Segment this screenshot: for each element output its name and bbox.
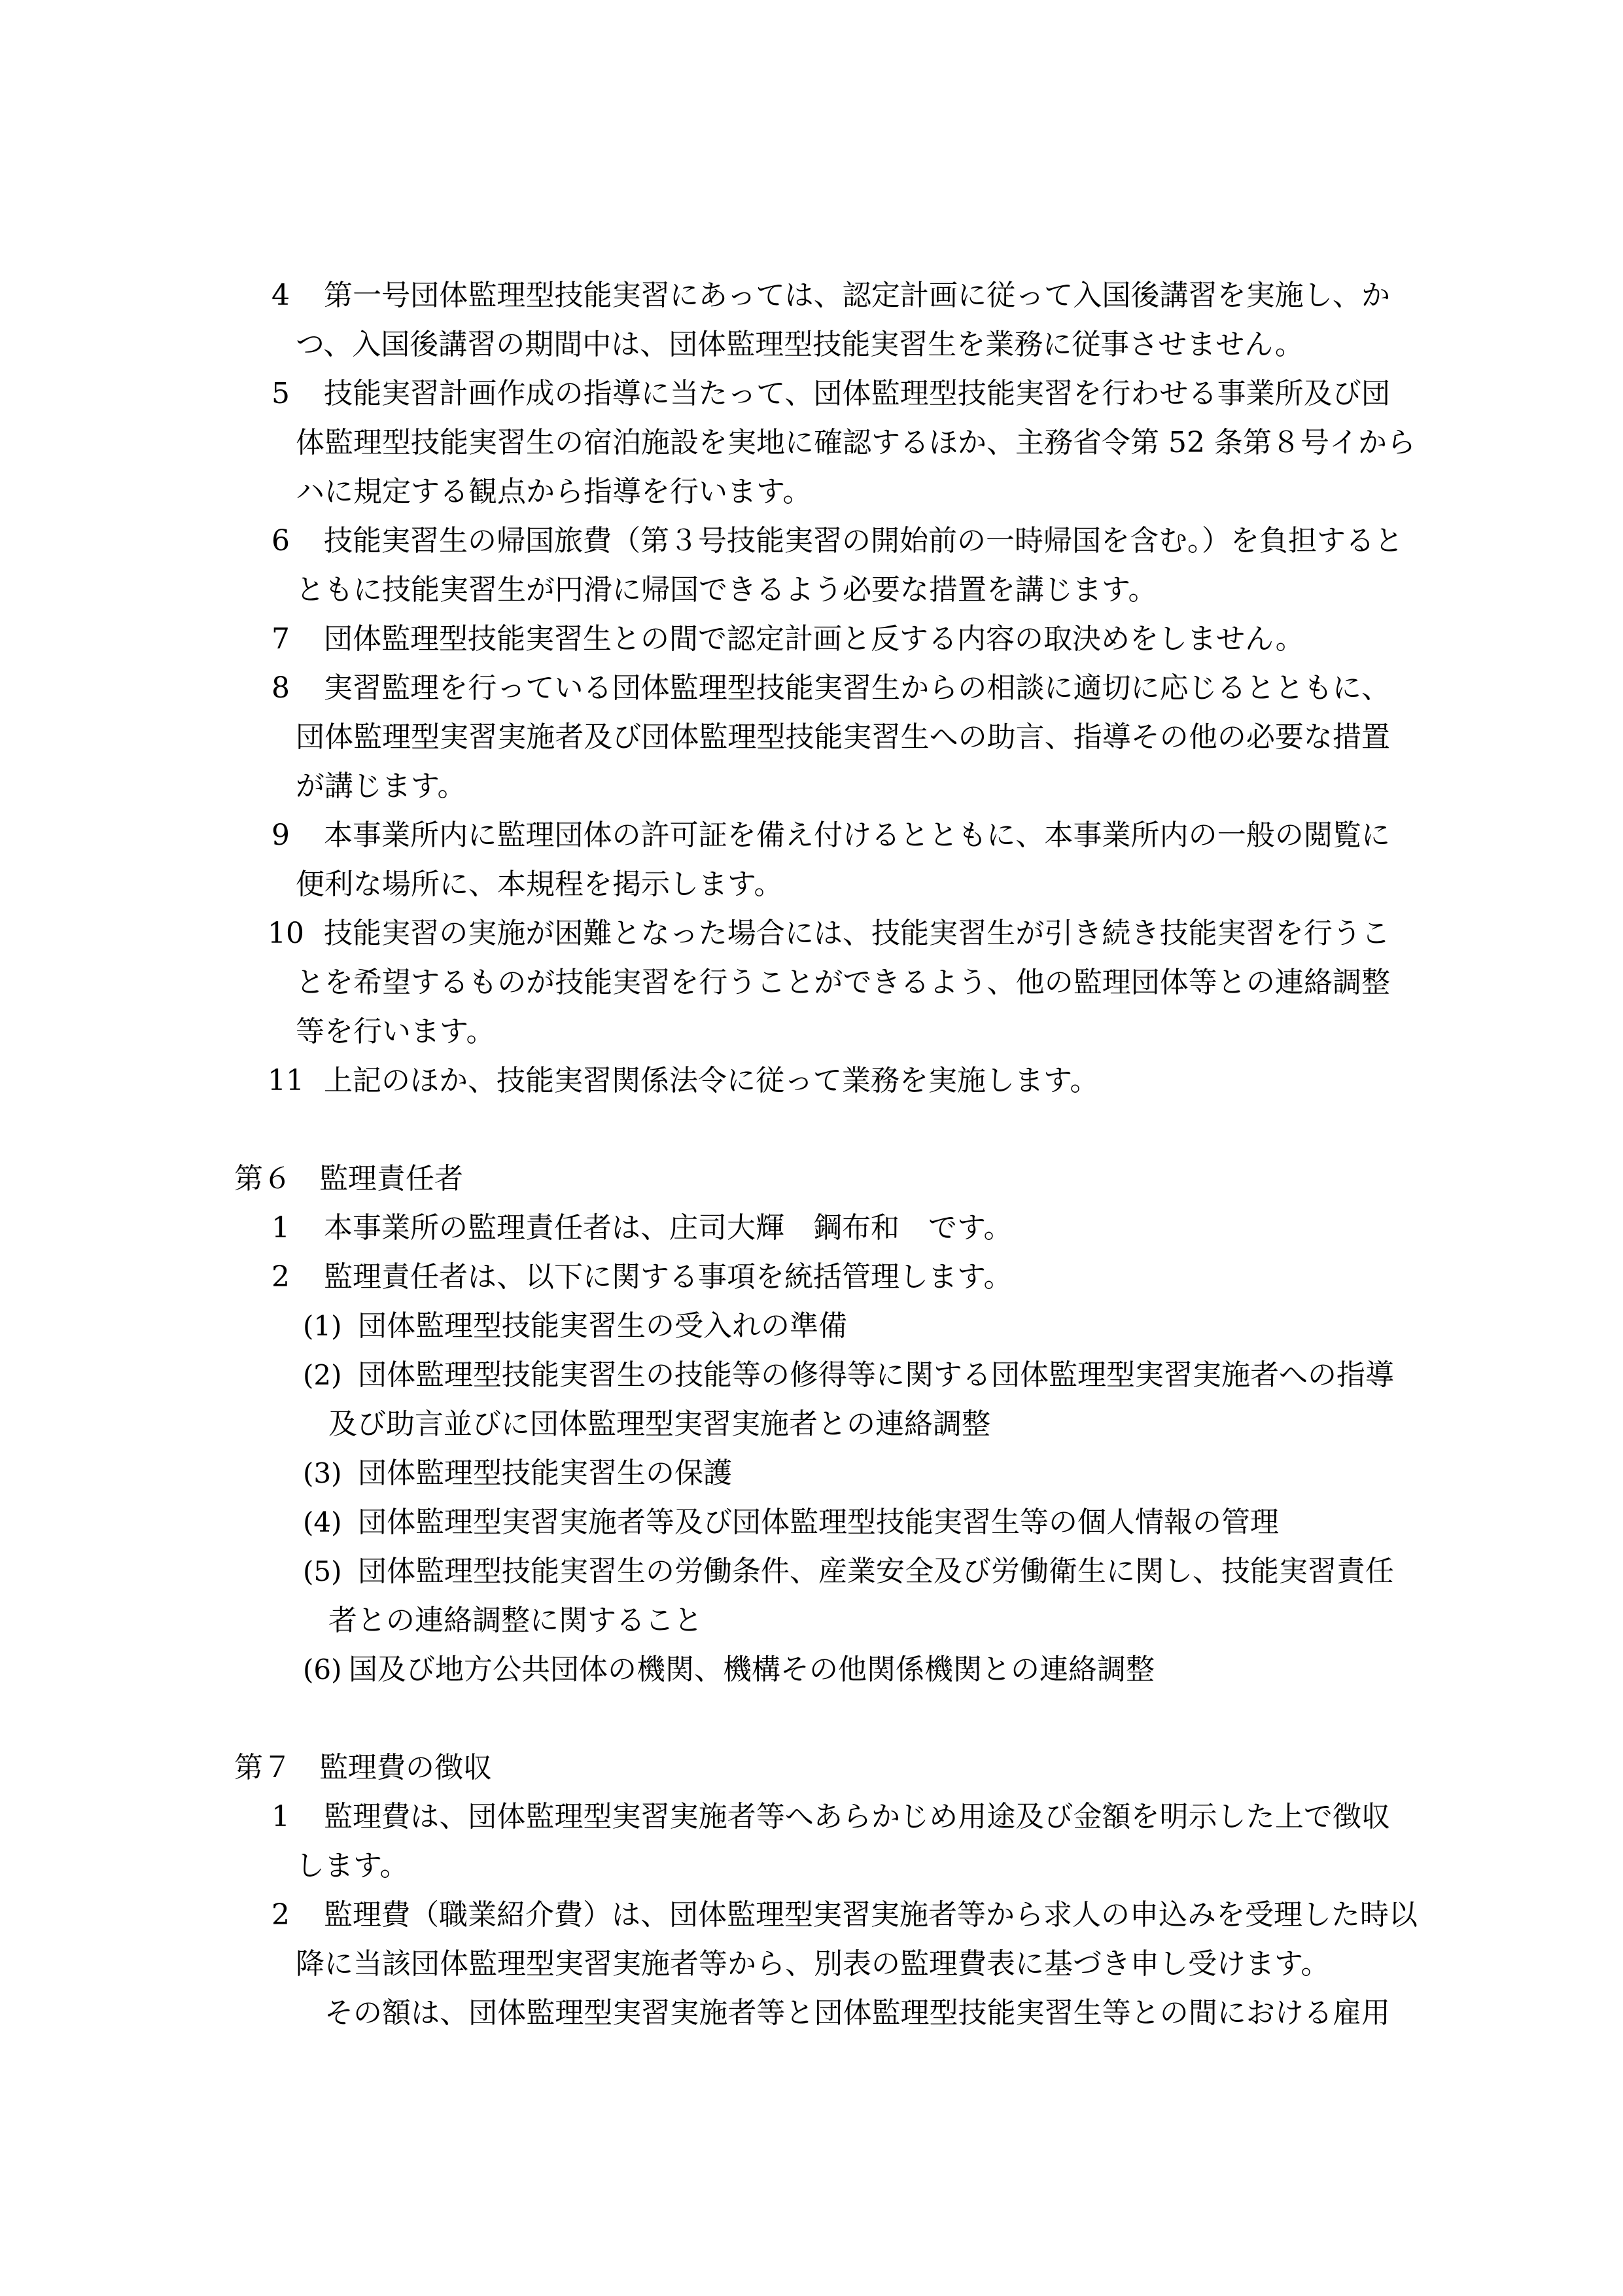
- item-text-line: 技能実習計画作成の指導に当たって、団体監理型技能実習を行わせる事業所及び団: [324, 369, 1390, 418]
- item-text-line: 本事業所内に監理団体の許可証を備え付けるとともに、本事業所内の一般の閲覧に: [324, 811, 1390, 860]
- subitem-label: (6): [303, 1645, 342, 1694]
- subitem-text-line: 及び助言並びに団体監理型実習実施者との連絡調整: [328, 1400, 990, 1449]
- item-text-line: 団体監理型実習実施者及び団体監理型技能実習生への助言、指導その他の必要な措置: [296, 713, 1390, 762]
- item-text-line: 上記のほか、技能実習関係法令に従って業務を実施します。: [324, 1056, 1098, 1105]
- document-page: 4 第一号団体監理型技能実習にあっては、認定計画に従って入国後講習を実施し、か …: [0, 0, 1623, 2296]
- item-number: 2: [271, 1252, 290, 1301]
- item-text-line: 降に当該団体監理型実習実施者等から、別表の監理費表に基づき申し受けます。: [296, 1939, 1329, 1988]
- subitem-text-line: 者との連絡調整に関すること: [328, 1596, 703, 1645]
- item-number: 11: [268, 1056, 304, 1105]
- section-heading-number: 第６: [234, 1154, 292, 1203]
- item-number: 9: [271, 811, 290, 860]
- item-text-line: 実習監理を行っている団体監理型技能実習生からの相談に適切に応じるとともに、: [324, 663, 1390, 713]
- item-text-line: とを希望するものが技能実習を行うことができるよう、他の監理団体等との連絡調整: [296, 958, 1390, 1007]
- item-text-line: 監理費は、団体監理型実習実施者等へあらかじめ用途及び金額を明示した上で徴収: [324, 1792, 1390, 1841]
- item-text-line: 技能実習生の帰国旅費（第３号技能実習の開始前の一時帰国を含む。）を負担すると: [324, 516, 1390, 565]
- item-text-line: 等を行います。: [296, 1007, 495, 1056]
- subitem-text-line: 団体監理型技能実習生の技能等の修得等に関する団体監理型実習実施者への指導: [358, 1351, 1390, 1400]
- paragraph-text-line: その額は、団体監理型実習実施者等と団体監理型技能実習生等との間における雇用: [324, 1988, 1390, 2038]
- item-text-line: ハに規定する観点から指導を行います。: [296, 467, 811, 516]
- item-text-line: します。: [296, 1841, 408, 1890]
- item-text-line: 団体監理型技能実習生との間で認定計画と反する内容の取決めをしません。: [324, 614, 1304, 663]
- subitem-text-line: 団体監理型技能実習生の労働条件、産業安全及び労働衛生に関し、技能実習責任: [358, 1547, 1390, 1596]
- subitem-label: (2): [303, 1351, 342, 1400]
- item-number: 1: [271, 1792, 290, 1841]
- section-heading-number: 第７: [234, 1743, 292, 1792]
- item-number: 8: [271, 663, 290, 713]
- subitem-label: (5): [303, 1547, 342, 1596]
- item-text-line: 便利な場所に、本規程を掲示します。: [296, 860, 782, 909]
- item-text-line: 第一号団体監理型技能実習にあっては、認定計画に従って入国後講習を実施し、か: [324, 271, 1390, 320]
- subitem-label: (4): [303, 1498, 342, 1547]
- item-number: 10: [268, 909, 304, 958]
- item-number: 7: [271, 614, 290, 663]
- subitem-text-line: 団体監理型実習実施者等及び団体監理型技能実習生等の個人情報の管理: [358, 1498, 1279, 1547]
- item-number: 4: [271, 271, 290, 320]
- item-text-line: 技能実習の実施が困難となった場合には、技能実習生が引き続き技能実習を行うこ: [324, 909, 1390, 958]
- subitem-label: (1): [303, 1301, 342, 1351]
- subitem-text-line: 団体監理型技能実習生の保護: [358, 1449, 732, 1498]
- item-number: 2: [271, 1890, 290, 1939]
- item-text-line: 監理責任者は、以下に関する事項を統括管理します。: [324, 1252, 1012, 1301]
- item-text-line: 体監理型技能実習生の宿泊施設を実地に確認するほか、主務省令第 52 条第８号イか…: [296, 418, 1390, 467]
- section-heading-title: 監理費の徴収: [319, 1743, 492, 1792]
- item-text-line: ともに技能実習生が円滑に帰国できるよう必要な措置を講じます。: [296, 565, 1157, 614]
- section-heading-title: 監理責任者: [319, 1154, 463, 1203]
- item-text-line: つ、入国後講習の期間中は、団体監理型技能実習生を業務に従事させません。: [296, 320, 1304, 369]
- subitem-text-line: 国及び地方公共団体の機関、機構その他関係機関との連絡調整: [349, 1645, 1155, 1694]
- item-text-line: 監理費（職業紹介費）は、団体監理型実習実施者等から求人の申込みを受理した時以: [324, 1890, 1390, 1939]
- item-number: 5: [271, 369, 290, 418]
- subitem-text-line: 団体監理型技能実習生の受入れの準備: [358, 1301, 847, 1351]
- item-number: 6: [271, 516, 290, 565]
- subitem-label: (3): [303, 1449, 342, 1498]
- item-number: 1: [271, 1203, 290, 1252]
- item-text-line: 本事業所の監理責任者は、庄司大輝 鋼布和 です。: [324, 1203, 1012, 1252]
- item-text-line: が講じます。: [296, 762, 466, 811]
